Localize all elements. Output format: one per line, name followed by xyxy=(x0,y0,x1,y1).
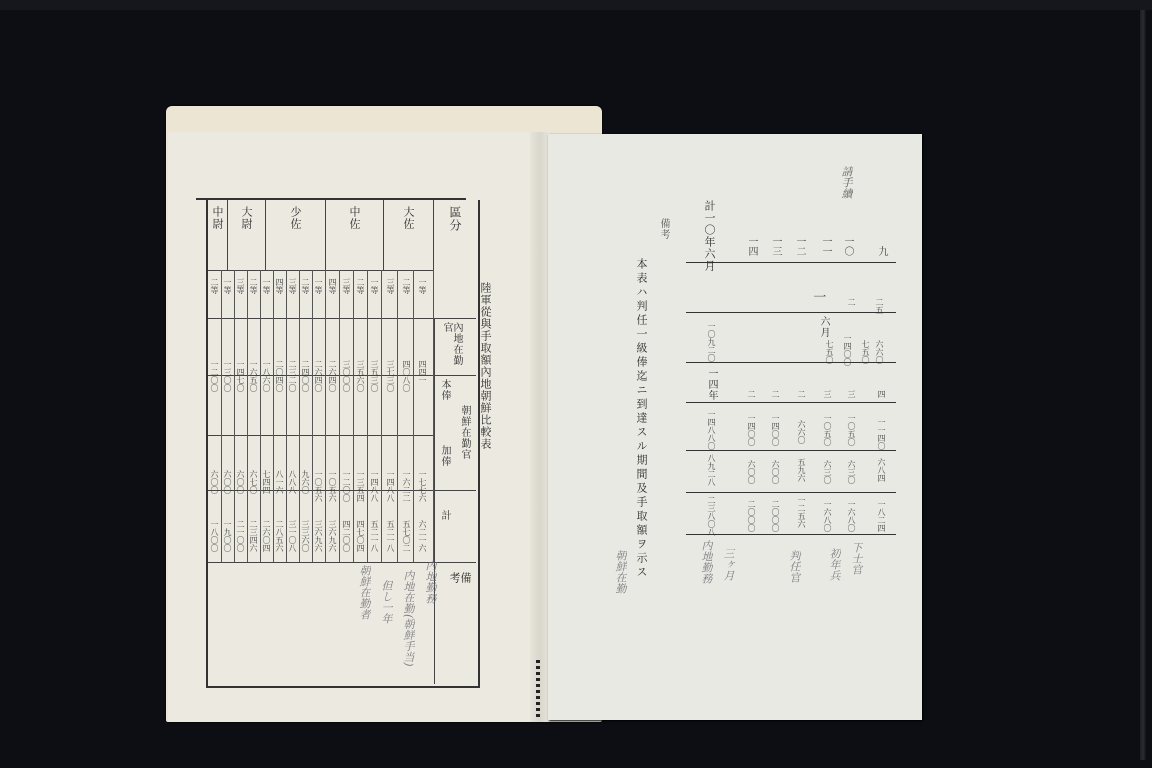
rank-label: 大佐 xyxy=(403,206,414,230)
right-rule xyxy=(686,492,896,493)
col-header: 一四 xyxy=(744,236,759,256)
additional-value: 六七〇 xyxy=(248,470,259,494)
cell: 一八二四 xyxy=(876,500,887,532)
cell: 三 xyxy=(846,390,857,398)
korea-section-label: 朝鮮在勤官 xyxy=(459,405,469,460)
additional-value: 一〇五六 xyxy=(327,470,338,502)
rank-header-chui: 中尉 xyxy=(208,200,228,270)
classification-header: 區分 xyxy=(434,200,476,330)
grade-column: 一等三五三〇一四八八五二一八 xyxy=(368,270,382,562)
handwritten-note: 初年兵 xyxy=(826,548,842,581)
total-label: 計 xyxy=(439,510,449,521)
additional-value: 一〇五六 xyxy=(313,470,324,502)
total-value: 四二〇〇 xyxy=(341,520,352,552)
korea-section-cell: 本俸 加俸 計 朝鮮在勤官 xyxy=(434,375,477,562)
cell: 二〇〇〇 xyxy=(746,500,757,532)
total-period-header: 計一〇年六月 xyxy=(704,200,715,272)
total-value: 六二一六 xyxy=(417,520,428,552)
handwritten-mark: 一 xyxy=(810,290,823,304)
additional-value: 八八八 xyxy=(287,470,298,494)
total-value: 二一〇〇 xyxy=(235,520,246,552)
gutter-binding-mark xyxy=(536,660,540,720)
mainland-value: 二六四〇 xyxy=(313,360,324,392)
mainland-value: 四四一 xyxy=(417,360,428,384)
grade-label: 一等 xyxy=(369,278,380,294)
grade-column: 四等二六四〇一〇五六三六九六 xyxy=(326,270,340,562)
col-header: 一二 xyxy=(792,236,807,256)
cell: 一〇五〇 xyxy=(822,414,833,446)
cell: 一四〇〇 xyxy=(842,334,853,366)
grade-label: 一等 xyxy=(261,278,272,294)
handwritten-note: 朝鮮在勤者 xyxy=(356,565,372,620)
grade-column: 四等二〇四〇八一六二八五六 xyxy=(273,270,287,562)
handwritten-note: 判任官 xyxy=(786,550,802,583)
cell: 一二五六 xyxy=(796,496,807,528)
grade-label: 三等 xyxy=(235,278,246,294)
col-header: 一一 xyxy=(818,236,833,256)
grade-label: 二等 xyxy=(209,278,220,294)
rank-header-taii: 大尉 xyxy=(228,200,266,270)
right-rule xyxy=(686,534,896,535)
cell: 二 xyxy=(746,390,757,398)
grade-column: 一等四四一一七七六六二一六 xyxy=(416,270,434,562)
additional-value: 八一六 xyxy=(274,470,285,494)
handwritten-top-note: 請手續 xyxy=(838,166,854,199)
cell: 一〇九二〇 xyxy=(706,322,717,362)
additional-value: 七四四 xyxy=(261,470,272,494)
grade-label: 一等 xyxy=(222,278,233,294)
total-value: 二三四六 xyxy=(248,520,259,552)
cell: 六〇〇 xyxy=(746,460,757,484)
additional-value: 一七七六 xyxy=(417,470,428,502)
base-pay-label: 本俸 xyxy=(439,379,449,401)
grade-label: 二等 xyxy=(300,278,311,294)
grade-label: 二等 xyxy=(248,278,259,294)
mainland-value: 三〇〇〇 xyxy=(341,360,352,392)
grade-label: 四等 xyxy=(274,278,285,294)
handwritten-note: 但し一年 xyxy=(378,580,394,624)
grade-column: 三等一四七〇六〇〇二一〇〇 xyxy=(234,270,248,562)
cell: 二 xyxy=(770,390,781,398)
cell: 一四〇〇 xyxy=(770,414,781,446)
cell: 六六〇 xyxy=(874,340,885,364)
cell: 二 xyxy=(796,390,807,398)
grade-column: 二等二四〇〇九六〇三三六〇 xyxy=(299,270,313,562)
handwritten-note: 下士官 xyxy=(848,542,864,575)
total-value: 三一〇八 xyxy=(287,520,298,552)
cell: 六八四 xyxy=(876,458,887,482)
row-label: 一四年 xyxy=(706,368,716,401)
total-value: 四七〇四 xyxy=(355,520,366,552)
additional-value: 一四八八 xyxy=(369,470,380,502)
total-value: 二六〇四 xyxy=(261,520,272,552)
cell: 二〇〇〇 xyxy=(770,500,781,532)
remarks-column: 備考 xyxy=(434,562,477,684)
additional-value: 一四八八 xyxy=(385,470,396,502)
mainland-value: 一三〇〇 xyxy=(222,360,233,392)
grade-label: 四等 xyxy=(327,278,338,294)
mainland-value: 三七三〇 xyxy=(385,360,396,392)
remarks-header: 備考 xyxy=(449,572,471,684)
total-value: 五二一八 xyxy=(369,520,380,552)
total-value: 一九〇〇 xyxy=(222,520,233,552)
mainland-value: 二〇四〇 xyxy=(274,360,285,392)
cell: 五九六 xyxy=(796,458,807,482)
book-gutter xyxy=(530,132,550,722)
total-value: 三六九六 xyxy=(327,520,338,552)
mainland-value: 三五六〇 xyxy=(355,360,366,392)
additional-value: 六〇〇 xyxy=(235,470,246,494)
additional-value: 六〇〇 xyxy=(209,470,220,494)
grade-column: 二等四〇八〇一六二二五七〇二 xyxy=(400,270,414,562)
rank-header-chusa: 中佐 xyxy=(326,200,384,270)
cell: 二五 xyxy=(874,298,885,314)
grade-column: 三等三〇〇〇一二〇〇四二〇〇 xyxy=(340,270,354,562)
grade-column: 一等二六四〇一〇五六三六九六 xyxy=(312,270,326,562)
grade-label: 一等 xyxy=(417,278,428,294)
col-header: 一〇 xyxy=(840,236,855,256)
grade-column: 一等一八六〇七四四二六〇四 xyxy=(260,270,274,562)
col-header: 一三 xyxy=(768,236,783,256)
additional-value: 一三五四 xyxy=(355,470,366,502)
total-value: 三六九六 xyxy=(313,520,324,552)
total-value: 三三六〇 xyxy=(300,520,311,552)
right-rule xyxy=(686,262,896,263)
additional-pay-label: 加俸 xyxy=(439,445,449,467)
left-page-title: 陸軍從與手取額內地朝鮮比較表 xyxy=(480,282,491,450)
handwritten-note: 三ヶ月 xyxy=(720,548,736,581)
rank-header-shosa: 少佐 xyxy=(266,200,326,270)
cell: 六三〇 xyxy=(846,460,857,484)
cell: 六三〇 xyxy=(822,460,833,484)
additional-value: 六〇〇 xyxy=(222,470,233,494)
cell: 七五〇 xyxy=(824,340,835,364)
cell: 三 xyxy=(822,390,833,398)
col-header: 九 xyxy=(874,246,889,256)
mainland-value: 一六五〇 xyxy=(248,360,259,392)
handwritten-note: 内地在勤(朝鮮手当) xyxy=(400,570,416,667)
rank-label: 大尉 xyxy=(241,206,252,230)
grade-label: 二等 xyxy=(401,278,412,294)
handwritten-note: 内地勤務 xyxy=(422,560,438,604)
grade-label: 三等 xyxy=(287,278,298,294)
mainland-value: 一四七〇 xyxy=(235,360,246,392)
mainland-section-label: 內地在勤官 xyxy=(441,322,461,375)
total-value: 二八五六 xyxy=(274,520,285,552)
grade-label: 二等 xyxy=(355,278,366,294)
right-page xyxy=(548,134,922,720)
right-rule xyxy=(686,312,896,313)
cell: 一六八〇 xyxy=(846,500,857,532)
rank-label: 少佐 xyxy=(290,206,301,230)
mainland-section-cell: 內地在勤官 xyxy=(434,318,477,375)
rank-header-taisa: 大佐 xyxy=(384,200,434,270)
grade-label: 三等 xyxy=(385,278,396,294)
total-value: 五七〇二 xyxy=(401,520,412,552)
additional-value: 九六〇 xyxy=(300,470,311,494)
cell: 一四〇〇 xyxy=(746,414,757,446)
classification-label: 區分 xyxy=(449,206,461,232)
mainland-value: 三五三〇 xyxy=(369,360,380,392)
mainland-value: 一八六〇 xyxy=(261,360,272,392)
frame-top-edge xyxy=(0,0,1152,10)
cell: 一四八八〇 xyxy=(706,410,717,450)
grade-label: 一等 xyxy=(313,278,324,294)
cell: 八九二八 xyxy=(706,454,717,486)
cell: 一一四〇 xyxy=(876,418,887,450)
cell: 四 xyxy=(876,390,887,398)
cell: 二三八〇八 xyxy=(706,496,717,536)
grade-column: 一等一三〇〇六〇〇一九〇〇 xyxy=(221,270,235,562)
remarks-label: 備考 xyxy=(658,218,668,240)
cell: 一〇五〇 xyxy=(846,414,857,446)
additional-value: 一六二二 xyxy=(401,470,412,502)
grade-column: 二等一六五〇六七〇二三四六 xyxy=(247,270,261,562)
cell: 六〇〇 xyxy=(770,460,781,484)
mainland-value: 二四〇〇 xyxy=(300,360,311,392)
cell: 七五〇 xyxy=(860,340,871,364)
additional-value: 一二〇〇 xyxy=(341,470,352,502)
handwritten-note: 内地勤務 xyxy=(698,540,714,584)
grade-column: 二等三五六〇一三五四四七〇四 xyxy=(354,270,368,562)
handwritten-note: 朝鮮在勤 xyxy=(612,550,628,594)
mainland-value: 四〇八〇 xyxy=(401,360,412,392)
right-rule xyxy=(686,402,896,403)
cell-note: 六月 xyxy=(818,316,828,338)
rank-label: 中佐 xyxy=(349,206,360,230)
total-value: 五二一八 xyxy=(385,520,396,552)
mainland-value: 二六四〇 xyxy=(327,360,338,392)
cell: 六六〇 xyxy=(796,420,807,444)
total-value: 一八〇〇 xyxy=(209,520,220,552)
grade-column: 二等一二〇〇六〇〇一八〇〇 xyxy=(208,270,222,562)
salary-comparison-table: 中尉 大尉 少佐 中佐 大佐 區分 二等一二〇〇六〇〇一八〇〇 一等一三〇〇六〇… xyxy=(206,200,480,688)
cell: 二 xyxy=(846,298,857,306)
mainland-value: 二三二〇 xyxy=(287,360,298,392)
frame-right-edge xyxy=(1140,10,1146,760)
right-rule xyxy=(686,450,896,451)
rank-label: 中尉 xyxy=(212,206,223,230)
grade-column: 三等二三二〇八八八三一〇八 xyxy=(286,270,300,562)
mainland-value: 一二〇〇 xyxy=(209,360,220,392)
grade-label: 三等 xyxy=(341,278,352,294)
cell: 一六八〇 xyxy=(822,500,833,532)
grade-column: 三等三七三〇一四八八五二一八 xyxy=(384,270,398,562)
remarks-text: 本表ハ判任一級俸迄ニ到達スル期間及手取額ヲ示ス xyxy=(636,258,647,580)
